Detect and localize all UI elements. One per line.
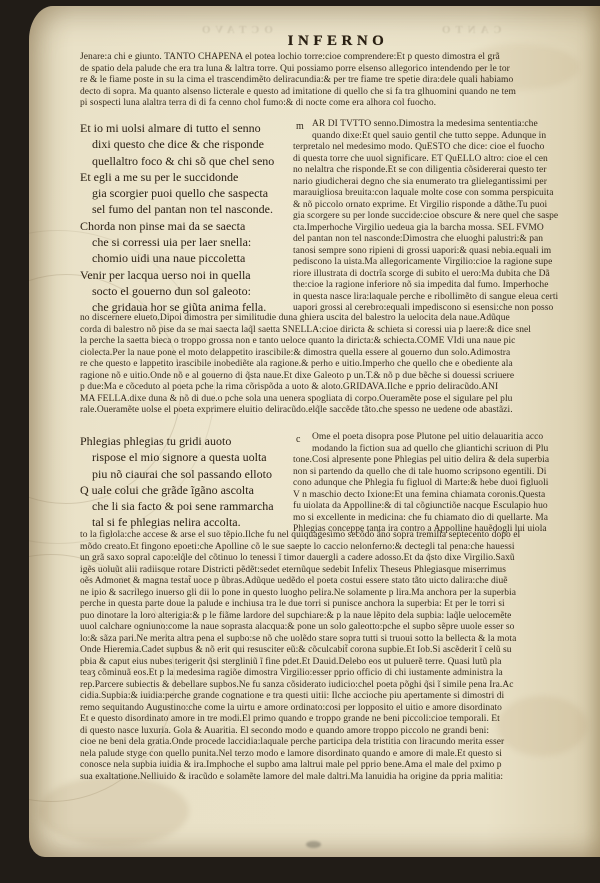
verse-line: piu nõ ciaurai che sol passando elloto [80, 466, 292, 482]
verse-line: che si corressi uia per laer snella: [80, 234, 292, 250]
text-line: mõdo creato.Et fingono epoeti:che Apolli… [80, 542, 598, 554]
text-line: no nelaltra che risponde.Et se con dilig… [293, 165, 597, 177]
verse-line: Phlegias phlegias tu gridi auoto [80, 433, 292, 449]
verse-line: che li sia facto & poi sene rammarcha [80, 498, 292, 514]
text-line: modando la fiction sua ad quello che gli… [293, 444, 597, 456]
screenshot-canvas: { "colors": { "paper": "#e8dfc5", "ink":… [0, 0, 600, 883]
text-line: ne ipio & sacrilego inuerso gli dii lo p… [80, 588, 598, 600]
scanned-book-page: OCTAVO CANTO INFERNO Jenare:a chi e giun… [29, 6, 600, 857]
text-line: re che questo e lappetito irascibile ino… [80, 359, 598, 371]
text-line: uuol calchare ogniuno:come la naue sopra… [80, 622, 598, 634]
verse-line: Et io mi uolsi almare di tutto el senno [80, 120, 292, 136]
text-line: cono adunque che Phlegia fu figluol di M… [293, 478, 597, 490]
text-line: p due:Ma e cõceduto al poeta pche la rim… [80, 382, 598, 394]
text-line: teaʒ cõminuã eos.Et p la medesima ragiõe… [80, 668, 598, 680]
text-line: conosce nela supbia iuidia & ira.Imphoch… [80, 760, 598, 772]
running-title: INFERNO [288, 33, 389, 50]
verse-line: Venir per lacqua uerso noi in quella [80, 267, 292, 283]
text-line: & nõ piccolo ornato exprime. Et Virgilio… [293, 200, 597, 212]
text-line: pbia & caput eius nubes terigerit q̃si s… [80, 657, 598, 669]
text-line: mo si excellente in medicina: che fu chi… [293, 513, 597, 525]
text-line: in questa nasce lira:laquale perche e ri… [293, 292, 597, 304]
verse-line: chomio uidi una naue piccoletta [80, 250, 292, 266]
commentary-column-1: m AR DI TVTTO senno.Dimostra la medesima… [293, 119, 597, 315]
verse-column-2: Phlegias phlegias tu gridi auotorispose … [80, 433, 292, 531]
text-line: quando dixe:Et quel sauio gentil che tut… [293, 131, 597, 143]
text-line: di questo nasce luxuria. Gola & Auaritia… [80, 726, 598, 738]
commentary-lines: AR DI TVTTO senno.Dimostra la medesima s… [293, 119, 597, 315]
text-line: Jenare:a chi e giunto. TANTO CHAPENA el … [80, 52, 598, 64]
text-line: rale.Oueramẽte uolse el poeta exprimere … [80, 405, 598, 417]
text-line: la perche la saetta bieca o troppo gross… [80, 336, 598, 348]
verse-line: quellaltro foco & chi sõ que chel seno [80, 153, 292, 169]
guide-letter-m: m [296, 121, 304, 133]
verse-line: gia scorgier puoi quello che saspecta [80, 185, 292, 201]
mid-commentary-paragraph: no discernere elueto.Dipoi dimostra per … [80, 313, 598, 417]
running-title-bar: INFERNO [80, 32, 596, 50]
verse-line: Q uale colui che grãde ĩgãno ascolta [80, 482, 292, 498]
text-line: cta.Imperhoche Virgilio uedeua gia la ba… [293, 223, 597, 235]
text-line: nario giudicherai degno che sia enumerat… [293, 177, 597, 189]
text-line: puo dinotare la loro alterigia:& p le fi… [80, 611, 598, 623]
text-line: pediscono la uista.Ma allegoricamente Vi… [293, 257, 597, 269]
text-line: Et e questo disordinato amore in tre mod… [80, 714, 598, 726]
text-line: del pantan non tel nasconde:Dimostra che… [293, 234, 597, 246]
verse-line: dixi questo che dice & che risponde [80, 136, 292, 152]
text-line: V n maschio decto Ixione:Et una femina c… [293, 490, 597, 502]
text-line: gia scorgere su per londe succide:cioe o… [293, 211, 597, 223]
verse-line: tal si fe phlegias nelira accolta. [80, 514, 292, 530]
text-line: pi sospecti luna alaltra terra di di fa … [80, 98, 598, 110]
text-line: lo:& sãza pari.Ne merita altra pena el s… [80, 634, 598, 646]
ink-smudge [306, 841, 321, 848]
text-line: un grã saxo sopral capo:elq̃le del cõtin… [80, 553, 598, 565]
guide-letter-c: c [296, 434, 300, 446]
text-line: Onde Hieremia.Cadet supbus & nõ erit qui… [80, 645, 598, 657]
text-line: corda di balestro nõ pise da se mai saec… [80, 325, 598, 337]
text-line: riore illustrata di doctrĩa scorge di su… [293, 269, 597, 281]
text-line: remo sequitando Augustino:che come la ui… [80, 703, 598, 715]
text-line: nela palude styge con quello punita.Nel … [80, 749, 598, 761]
text-line: MA FELLA.dixe duna & nõ di due.o pche so… [80, 394, 598, 406]
text-line: marauigliosa breuita:con laquale molte c… [293, 188, 597, 200]
text-line: to la figlola:che accese & arse el suo t… [80, 530, 598, 542]
text-line: di questa torre che uuol significare. ET… [293, 154, 597, 166]
verse-line: Et egli a me su per le succidonde [80, 169, 292, 185]
text-line: no discernere elueto.Dipoi dimostra per … [80, 313, 598, 325]
text-line: perche in questa parte doue la palude e … [80, 599, 598, 611]
verse-line: socto el gouerno dun sol galeoto: [80, 283, 292, 299]
paper-stain [39, 776, 189, 846]
verse-line: rispose el mio signore a questa uolta [80, 449, 292, 465]
text-line: fu uiolata da Appolline:& di tal cõgiunc… [293, 501, 597, 513]
text-line: oẽs Admonet & magna testat̃ uoce p ũbras… [80, 576, 598, 588]
text-line: ragione nõ e uitio.Onde nõ e al gouerno … [80, 371, 598, 383]
bottom-commentary-paragraph: to la figlola:che accese & arse el suo t… [80, 530, 598, 783]
text-line: the:cioe la ragione inferiore nõ sia imp… [293, 280, 597, 292]
text-line: terpretalo nel medesimo modo. QuESTO che… [293, 142, 597, 154]
text-line: AR DI TVTTO senno.Dimostra la medesima s… [293, 119, 597, 131]
text-line: cioe ne beni dela gratia.Onde procede la… [80, 737, 598, 749]
verse-line: Chorda non pinse mai da se saecta [80, 218, 292, 234]
verse-column-1: Et io mi uolsi almare di tutto el sennod… [80, 120, 292, 316]
verse-line: sel fumo del pantan non tel nasconde. [80, 201, 292, 217]
text-line: ciolecta.Per la naue pone el moto delapp… [80, 348, 598, 360]
text-line: de spatio dela palude che era tra luna &… [80, 64, 598, 76]
text-line: non si partendo da quello che di tale hu… [293, 467, 597, 479]
commentary-column-2: c Ome el poeta disopra pose Plutone pel … [293, 432, 597, 536]
commentary-lines: Ome el poeta disopra pose Plutone pel ui… [293, 432, 597, 536]
text-line: cidia.Supbia:& iuidia:perche grande cogn… [80, 691, 598, 703]
text-line: tanosi sempre sono ripieni di grossi uap… [293, 246, 597, 258]
text-line: sua exaltatione.Nelliuido & iracũdo e so… [80, 772, 598, 784]
text-line: igẽs uoluũt alii radiisque rotare Distri… [80, 565, 598, 577]
text-line: rep.Parcere subiectis & debellare supbos… [80, 680, 598, 692]
text-line: decto di sopra. Ma quanto alsenso licter… [80, 87, 598, 99]
intro-paragraph: Jenare:a chi e giunto. TANTO CHAPENA el … [80, 52, 598, 110]
text-line: re & le fiame poste in su la cima el tra… [80, 75, 598, 87]
text-line: Ome el poeta disopra pose Plutone pel ui… [293, 432, 597, 444]
text-line: tone.Cosi alpresente pone Phlegias pel u… [293, 455, 597, 467]
